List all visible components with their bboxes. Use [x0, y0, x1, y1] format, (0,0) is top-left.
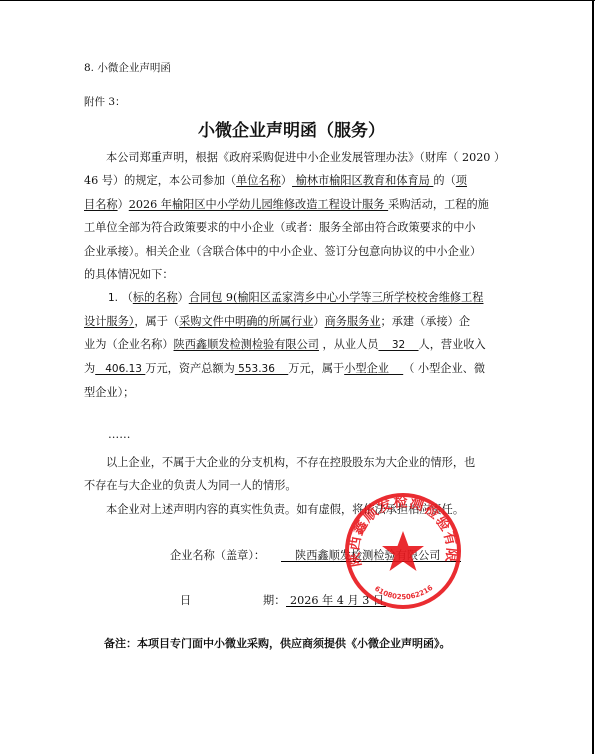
- intro-line-4: 工单位全部为符合政策要求的中小企业（或者：服务全部由符合政策要求的中小: [84, 221, 476, 235]
- purchaser-name: 榆林市榆阳区教育和体育局: [292, 174, 433, 187]
- date-label-2: 期：: [263, 594, 285, 608]
- project-name: 2026 年榆阳区中小学幼儿园维修改造工程设计服务: [129, 198, 388, 211]
- attachment-label: 附件 3：: [84, 95, 126, 109]
- enterprise-type: 小型企业: [344, 362, 403, 375]
- item1-line-3: 业为（企业名称）陕西鑫顺发检测检验有限公司 ，从业人员 32 人，营业收入: [84, 338, 486, 352]
- item1-line-5: 型企业）；: [84, 386, 134, 400]
- item1-line-1: 1. （标的名称）合同包 9(榆阳区孟家湾乡中心小学等三所学校校舍维修工程: [108, 291, 484, 305]
- industry: 商务服务业: [325, 315, 381, 328]
- closing-line-2: 不存在与大企业的负责人为同一人的情形。: [84, 479, 297, 493]
- ellipsis: ……: [108, 428, 130, 442]
- section-heading: 8. 小微企业声明函: [84, 61, 171, 75]
- intro-line-6: 的具体情况如下：: [84, 268, 174, 282]
- page-border-top: [0, 0, 595, 1]
- page-border-right: [592, 0, 594, 754]
- item1-line-2: 设计服务），属于（采购文件中明确的所属行业）商务服务业；承建（承接）企: [84, 315, 470, 329]
- document-title: 小微企业声明函（服务）: [198, 121, 385, 141]
- date-signature-line: [286, 606, 386, 607]
- subject-name: 合同包 9(榆阳区孟家湾乡中心小学等三所学校校舍维修工程: [189, 291, 484, 304]
- closing-line-3: 本企业对上述声明内容的真实性负责。如有虚假，将依法承担相应责任。: [106, 503, 464, 517]
- date-label-1: 日: [180, 594, 191, 608]
- enterprise-name: 陕西鑫顺发检测检验有限公司: [174, 338, 319, 351]
- intro-line-1: 本公司郑重声明，根据《政府采购促进中小企业发展管理办法》（财库（ 2020 ）: [106, 151, 505, 165]
- footnote: 备注：本项目专门面中小微业采购，供应商须提供《小微企业声明函》。: [104, 637, 451, 651]
- item1-line-4: 为 406.13 万元，资产总额为 553.36 万元，属于小型企业 （ 小型企…: [84, 362, 485, 376]
- intro-line-2: 46 号）的规定，本公司参加（单位名称） 榆林市榆阳区教育和体育局 的（项: [84, 174, 467, 188]
- company-signature-line: [281, 561, 461, 562]
- intro-line-5: 企业承接）。相关企业（含联合体中的中小企业、签订分包意向协议的中小企业）: [84, 245, 481, 259]
- total-assets-value: 553.36: [235, 363, 288, 375]
- company-seal-label: 企业名称（盖章）：: [170, 549, 265, 563]
- employee-count: 32: [378, 339, 418, 351]
- intro-line-3: 目名称）2026 年榆阳区中小学幼儿园维修改造工程设计服务 采购活动，工程的施: [84, 198, 489, 212]
- revenue-value: 406.13: [95, 363, 145, 375]
- closing-line-1: 以上企业，不属于大企业的分支机构，不存在控股股东为大企业的情形，也: [106, 456, 475, 470]
